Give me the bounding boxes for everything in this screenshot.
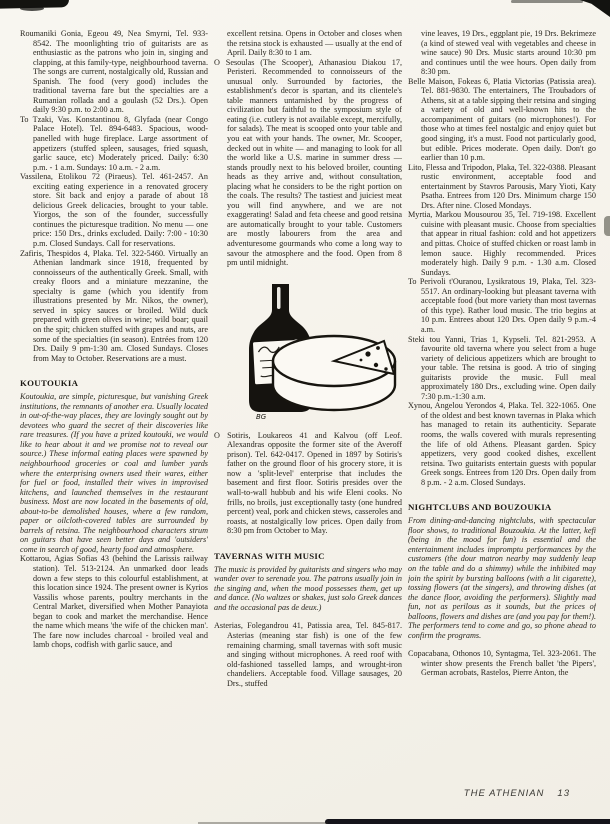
section-heading-koutoukia: KOUTOUKIA — [20, 378, 208, 388]
magazine-page: Roumaniki Gonia, Egeou 49, Nea Smyrni, T… — [0, 0, 610, 824]
three-column-layout: Roumaniki Gonia, Egeou 49, Nea Smyrni, T… — [20, 29, 596, 821]
page-footer: THE ATHENIAN 13 — [464, 788, 570, 799]
listing-o-sesoulas: O Sesoulas (The Scooper), Athanasiou Dia… — [214, 58, 402, 268]
cheese-wheel-icon — [273, 336, 395, 410]
listing-to-perivoli: To Perivoli t'Ouranou, Lysikratous 19, P… — [408, 277, 596, 334]
scan-artifact-top-left-2 — [20, 6, 44, 11]
listing-lito: Lito, Flessa and Tripodon, Plaka, Tel. 3… — [408, 163, 596, 211]
magazine-title: THE ATHENIAN — [464, 788, 545, 799]
column-left: Roumaniki Gonia, Egeou 49, Nea Smyrni, T… — [20, 29, 208, 821]
page-number: 13 — [557, 788, 570, 799]
wine-bottle-and-cheese-illustration: BG — [218, 281, 398, 423]
scan-artifact-right-edge — [604, 216, 610, 236]
listing-asterias: Asterias, Folegandrou 41, Patissia area,… — [214, 621, 402, 688]
illustrator-signature: BG — [256, 413, 267, 421]
listing-o-sotiris: O Sotiris, Loukareos 41 and Kalvou (off … — [214, 431, 402, 536]
section-heading-nightclubs-and-bouzoukia: NIGHTCLUBS AND BOUZOUKIA — [408, 502, 596, 512]
listing-kottarou: Kottarou, Agias Sofias 43 (behind the La… — [20, 554, 208, 649]
listing-steki-tou-yanni: Steki tou Yanni, Trias 1, Kypseli. Tel. … — [408, 335, 596, 402]
listing-zafiris: Zafiris, Thespidos 4, Plaka. Tel. 322-54… — [20, 249, 208, 364]
listing-to-tzaki: To Tzaki, Vas. Konstantinou 8, Glyfada (… — [20, 115, 208, 172]
section-heading-tavernas-with-music: TAVERNAS WITH MUSIC — [214, 551, 402, 561]
section-intro-koutoukia: Koutoukia, are simple, picturesque, but … — [20, 392, 208, 554]
continued-text-kottarou: excellent retsina. Opens in October and … — [214, 29, 402, 58]
column-middle: excellent retsina. Opens in October and … — [214, 29, 402, 821]
continued-text-asterias: vine leaves, 19 Drs., eggplant pie, 19 D… — [408, 29, 596, 77]
section-intro-nightclubs-and-bouzoukia: From dining-and-dancing nightclubs, with… — [408, 516, 596, 640]
listing-myrtia: Myrtia, Markou Mousourou 35, Tel. 719-19… — [408, 210, 596, 277]
listing-roumaniki-gonia: Roumaniki Gonia, Egeou 49, Nea Smyrni, T… — [20, 29, 208, 115]
section-intro-tavernas-with-music: The music is provided by guitarists and … — [214, 565, 402, 613]
listing-belle-maison: Belle Maison, Fokeas 6, Platia Victorias… — [408, 77, 596, 163]
scan-artifact-top-right-corner — [580, 0, 610, 17]
scan-artifact-top-left — [0, 0, 69, 9]
listing-vassilena: Vassilena, Etolikou 72 (Piraeus). Tel. 4… — [20, 172, 208, 248]
column-right: vine leaves, 19 Drs., eggplant pie, 19 D… — [408, 29, 596, 821]
listing-copacabana: Copacabana, Othonos 10, Syntagma, Tel. 3… — [408, 649, 596, 678]
scan-artifact-top-streak — [511, 0, 583, 3]
listing-xynou: Xynou, Angelou Yerondos 4, Plaka. Tel. 3… — [408, 401, 596, 487]
